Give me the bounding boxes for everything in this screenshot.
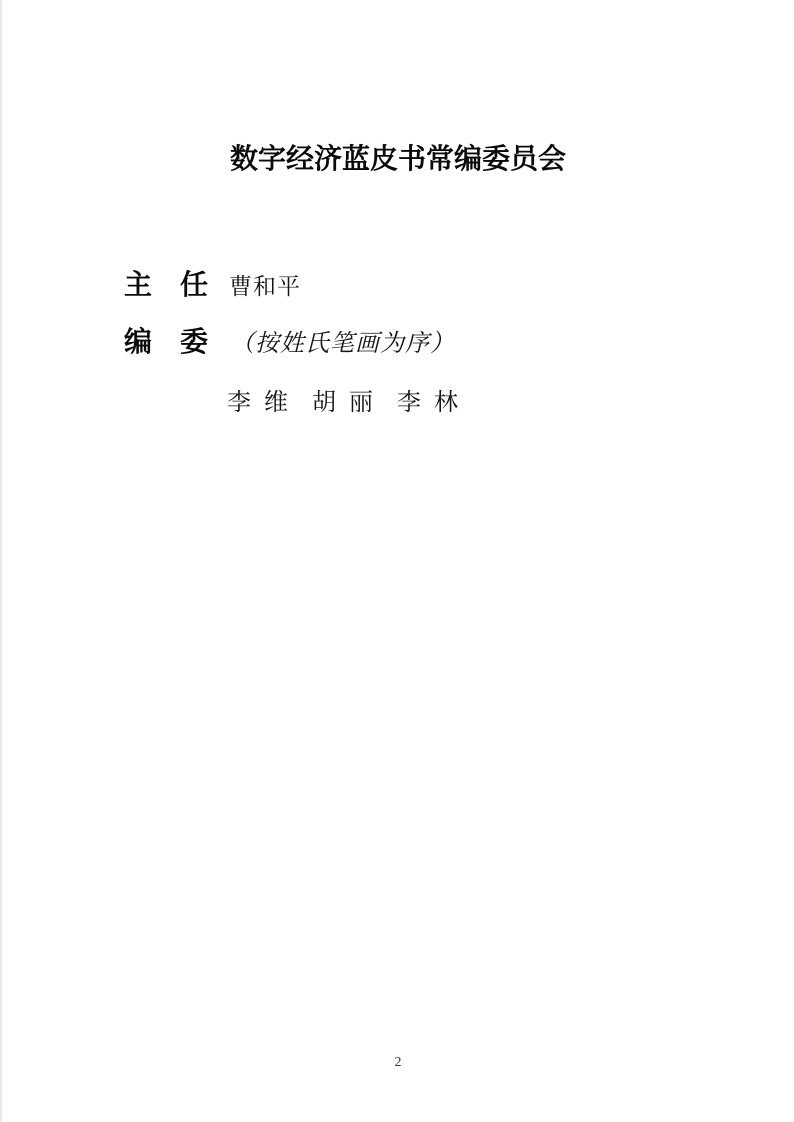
member-name: 胡 丽 xyxy=(312,382,373,417)
members-row: 李 维 胡 丽 李 林 xyxy=(227,382,458,417)
chair-row: 主 任 曹和平 xyxy=(124,268,301,302)
chair-label: 主 任 xyxy=(124,268,208,302)
member-name: 李 维 xyxy=(227,382,288,417)
member-name: 李 林 xyxy=(397,382,458,417)
document-page: 数字经济蓝皮书常编委员会 主 任 曹和平 编 委 （按姓氏笔画为序） 李 维 胡… xyxy=(0,0,794,1122)
editors-sort-note: （按姓氏笔画为序） xyxy=(230,323,455,358)
editors-row: 编 委 （按姓氏笔画为序） xyxy=(124,323,455,359)
chair-name: 曹和平 xyxy=(229,268,301,301)
page-number: 2 xyxy=(2,1055,794,1071)
page-title: 数字经济蓝皮书常编委员会 xyxy=(2,143,794,175)
editors-label: 编 委 xyxy=(124,325,208,359)
